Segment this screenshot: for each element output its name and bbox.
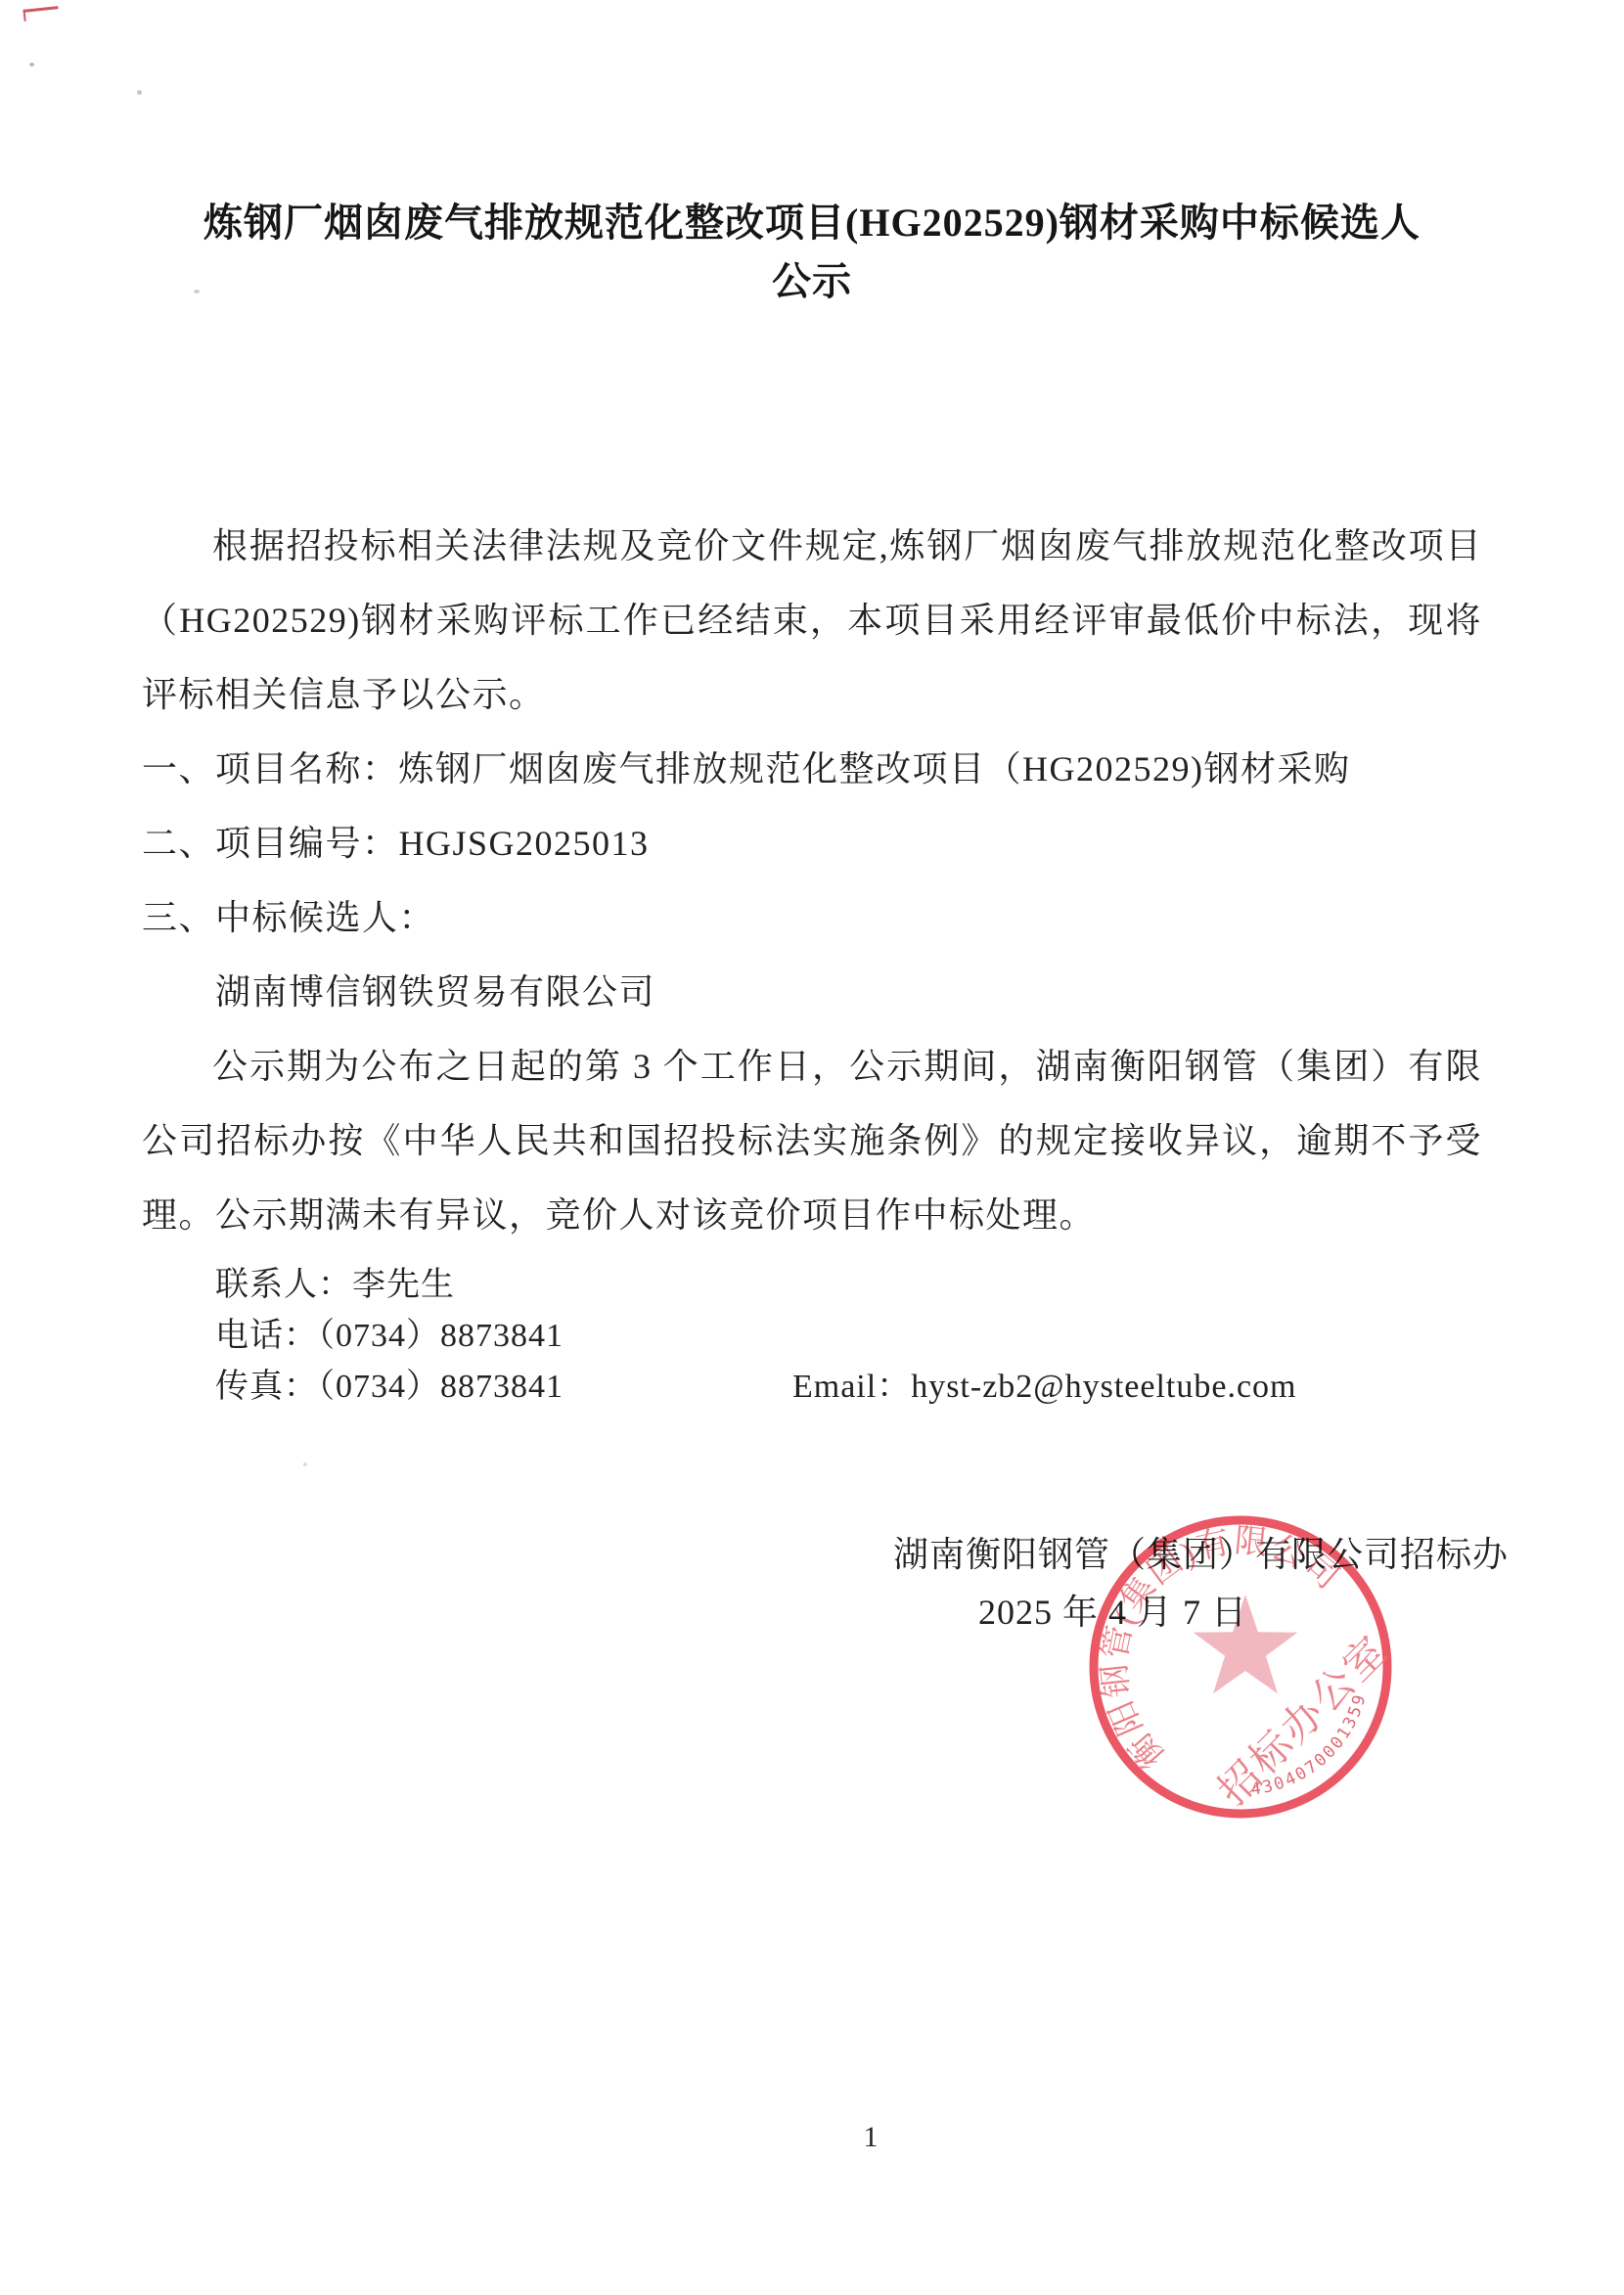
seal-star-icon	[1194, 1595, 1298, 1693]
scan-artifact-red-mark	[23, 6, 59, 22]
contact-phone-line: 电话：（0734）8873841	[215, 1311, 1487, 1362]
contact-person-line: 联系人：李先生	[215, 1260, 1487, 1311]
document-title-line2: 公示	[142, 252, 1482, 311]
contact-email: Email：hyst-zb2@hysteeltube.com	[792, 1362, 1296, 1413]
scan-speck	[303, 1462, 307, 1466]
page-number: 1	[792, 2121, 949, 2154]
contact-block: 联系人：李先生 电话：（0734）8873841 传真：（0734）887384…	[215, 1260, 1487, 1413]
document-body: 根据招投标相关法律法规及竞价文件规定,炼钢厂烟囱废气排放规范化整改项目（HG20…	[142, 509, 1482, 1252]
publicity-period-paragraph: 公示期为公布之日起的第 3 个工作日，公示期间，湖南衡阳钢管（集团）有限公司招标…	[142, 1029, 1482, 1252]
contact-fax-line: 传真：（0734）8873841 Email：hyst-zb2@hysteelt…	[215, 1362, 1487, 1413]
item-project-number: 二、项目编号：HGJSG2025013	[142, 806, 1482, 880]
candidate-company: 湖南博信钢铁贸易有限公司	[142, 955, 1482, 1029]
scan-speck	[29, 63, 34, 67]
item-project-name: 一、项目名称：炼钢厂烟囱废气排放规范化整改项目（HG202529)钢材采购	[142, 732, 1482, 806]
document-title-line1: 炼钢厂烟囱废气排放规范化整改项目(HG202529)钢材采购中标候选人	[142, 194, 1482, 252]
document-page: 炼钢厂烟囱废气排放规范化整改项目(HG202529)钢材采购中标候选人 公示 根…	[0, 0, 1624, 2295]
contact-fax: 传真：（0734）8873841	[215, 1369, 564, 1405]
item-winning-candidates: 三、中标候选人：	[142, 880, 1482, 955]
intro-paragraph: 根据招投标相关法律法规及竞价文件规定,炼钢厂烟囱废气排放规范化整改项目（HG20…	[142, 509, 1482, 732]
official-seal-stamp: 衡阳钢管(集团)有限公司 4304070001359 招标办公室	[1074, 1501, 1407, 1833]
document-title: 炼钢厂烟囱废气排放规范化整改项目(HG202529)钢材采购中标候选人 公示	[142, 194, 1482, 311]
scan-speck	[137, 90, 142, 95]
